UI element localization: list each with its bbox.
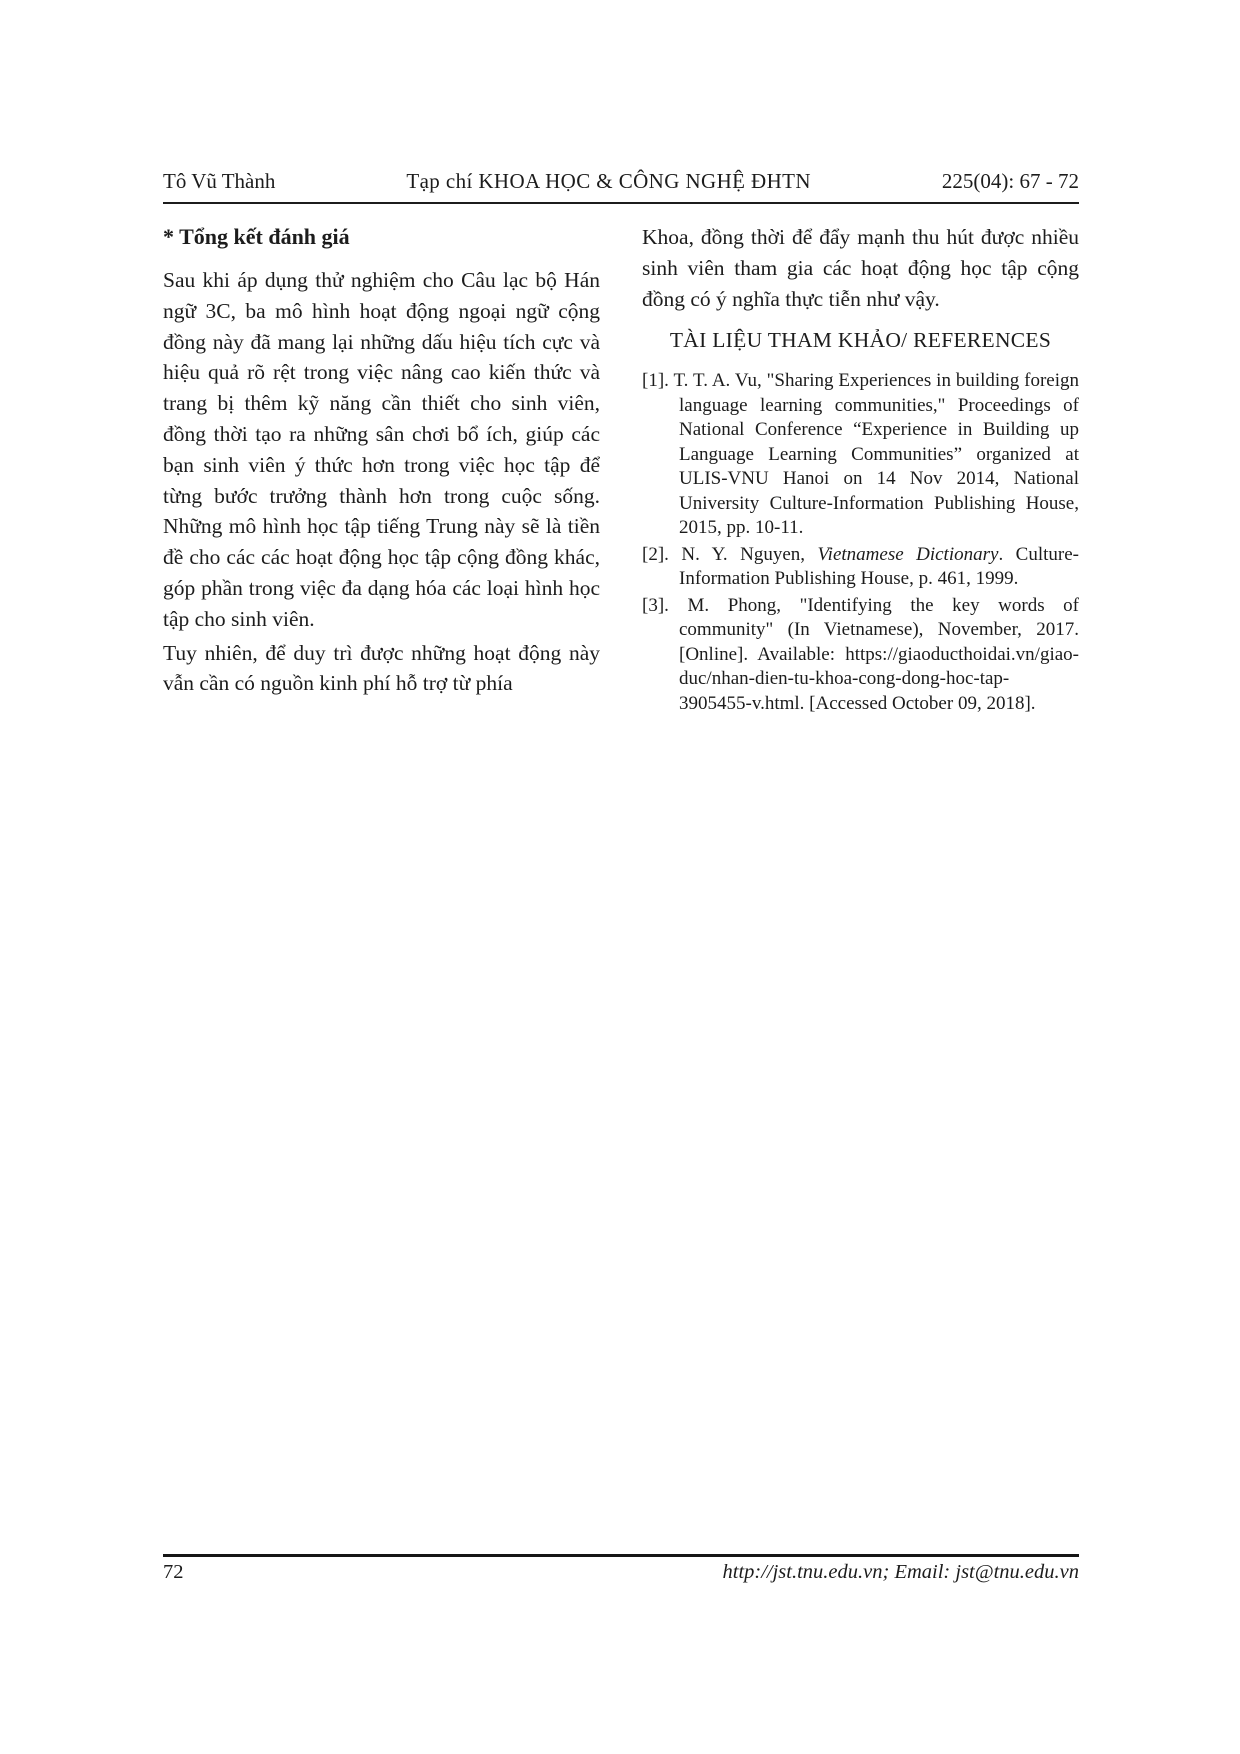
reference-item-3: [3]. M. Phong, "Identifying the key word… xyxy=(642,594,1079,717)
page-footer: 72 http://jst.tnu.edu.vn; Email: jst@tnu… xyxy=(163,1554,1079,1584)
reference-2-label: [2]. xyxy=(642,544,669,565)
page-header: Tô Vũ Thành Tạp chí KHOA HỌC & CÔNG NGHỆ… xyxy=(163,169,1079,204)
footer-page-number: 72 xyxy=(163,1560,184,1584)
reference-2-italic-title: Vietnamese Dictionary xyxy=(817,544,998,565)
references-heading: TÀI LIỆU THAM KHẢO/ REFERENCES xyxy=(642,326,1079,354)
content-columns: * Tổng kết đánh giá Sau khi áp dụng thử … xyxy=(163,222,1079,718)
section-heading: * Tổng kết đánh giá xyxy=(163,222,600,252)
header-issue-info: 225(04): 67 - 72 xyxy=(942,169,1079,193)
body-paragraph-2: Tuy nhiên, để duy trì được những hoạt độ… xyxy=(163,638,600,700)
reference-1-label: [1]. xyxy=(642,370,669,391)
header-author: Tô Vũ Thành xyxy=(163,169,275,193)
reference-2-text: N. Y. Nguyen, xyxy=(669,544,818,565)
reference-3-label: [3]. xyxy=(642,595,669,616)
continuation-paragraph: Khoa, đồng thời để đẩy mạnh thu hút được… xyxy=(642,222,1079,314)
header-journal-title: Tạp chí KHOA HỌC & CÔNG NGHỆ ĐHTN xyxy=(406,169,811,193)
reference-3-text: M. Phong, "Identifying the key words of … xyxy=(669,595,1079,714)
reference-item-1: [1]. T. T. A. Vu, "Sharing Experiences i… xyxy=(642,369,1079,541)
body-paragraph-1: Sau khi áp dụng thử nghiệm cho Câu lạc b… xyxy=(163,265,600,635)
reference-item-2: [2]. N. Y. Nguyen, Vietnamese Dictionary… xyxy=(642,543,1079,592)
paper-page: { "header": { "author": "Tô Vũ Thành", "… xyxy=(0,0,1240,1754)
left-column: * Tổng kết đánh giá Sau khi áp dụng thử … xyxy=(163,222,600,718)
right-column: Khoa, đồng thời để đẩy mạnh thu hút được… xyxy=(642,222,1079,718)
footer-contact: http://jst.tnu.edu.vn; Email: jst@tnu.ed… xyxy=(723,1560,1080,1584)
reference-1-text: T. T. A. Vu, "Sharing Experiences in bui… xyxy=(669,370,1079,538)
